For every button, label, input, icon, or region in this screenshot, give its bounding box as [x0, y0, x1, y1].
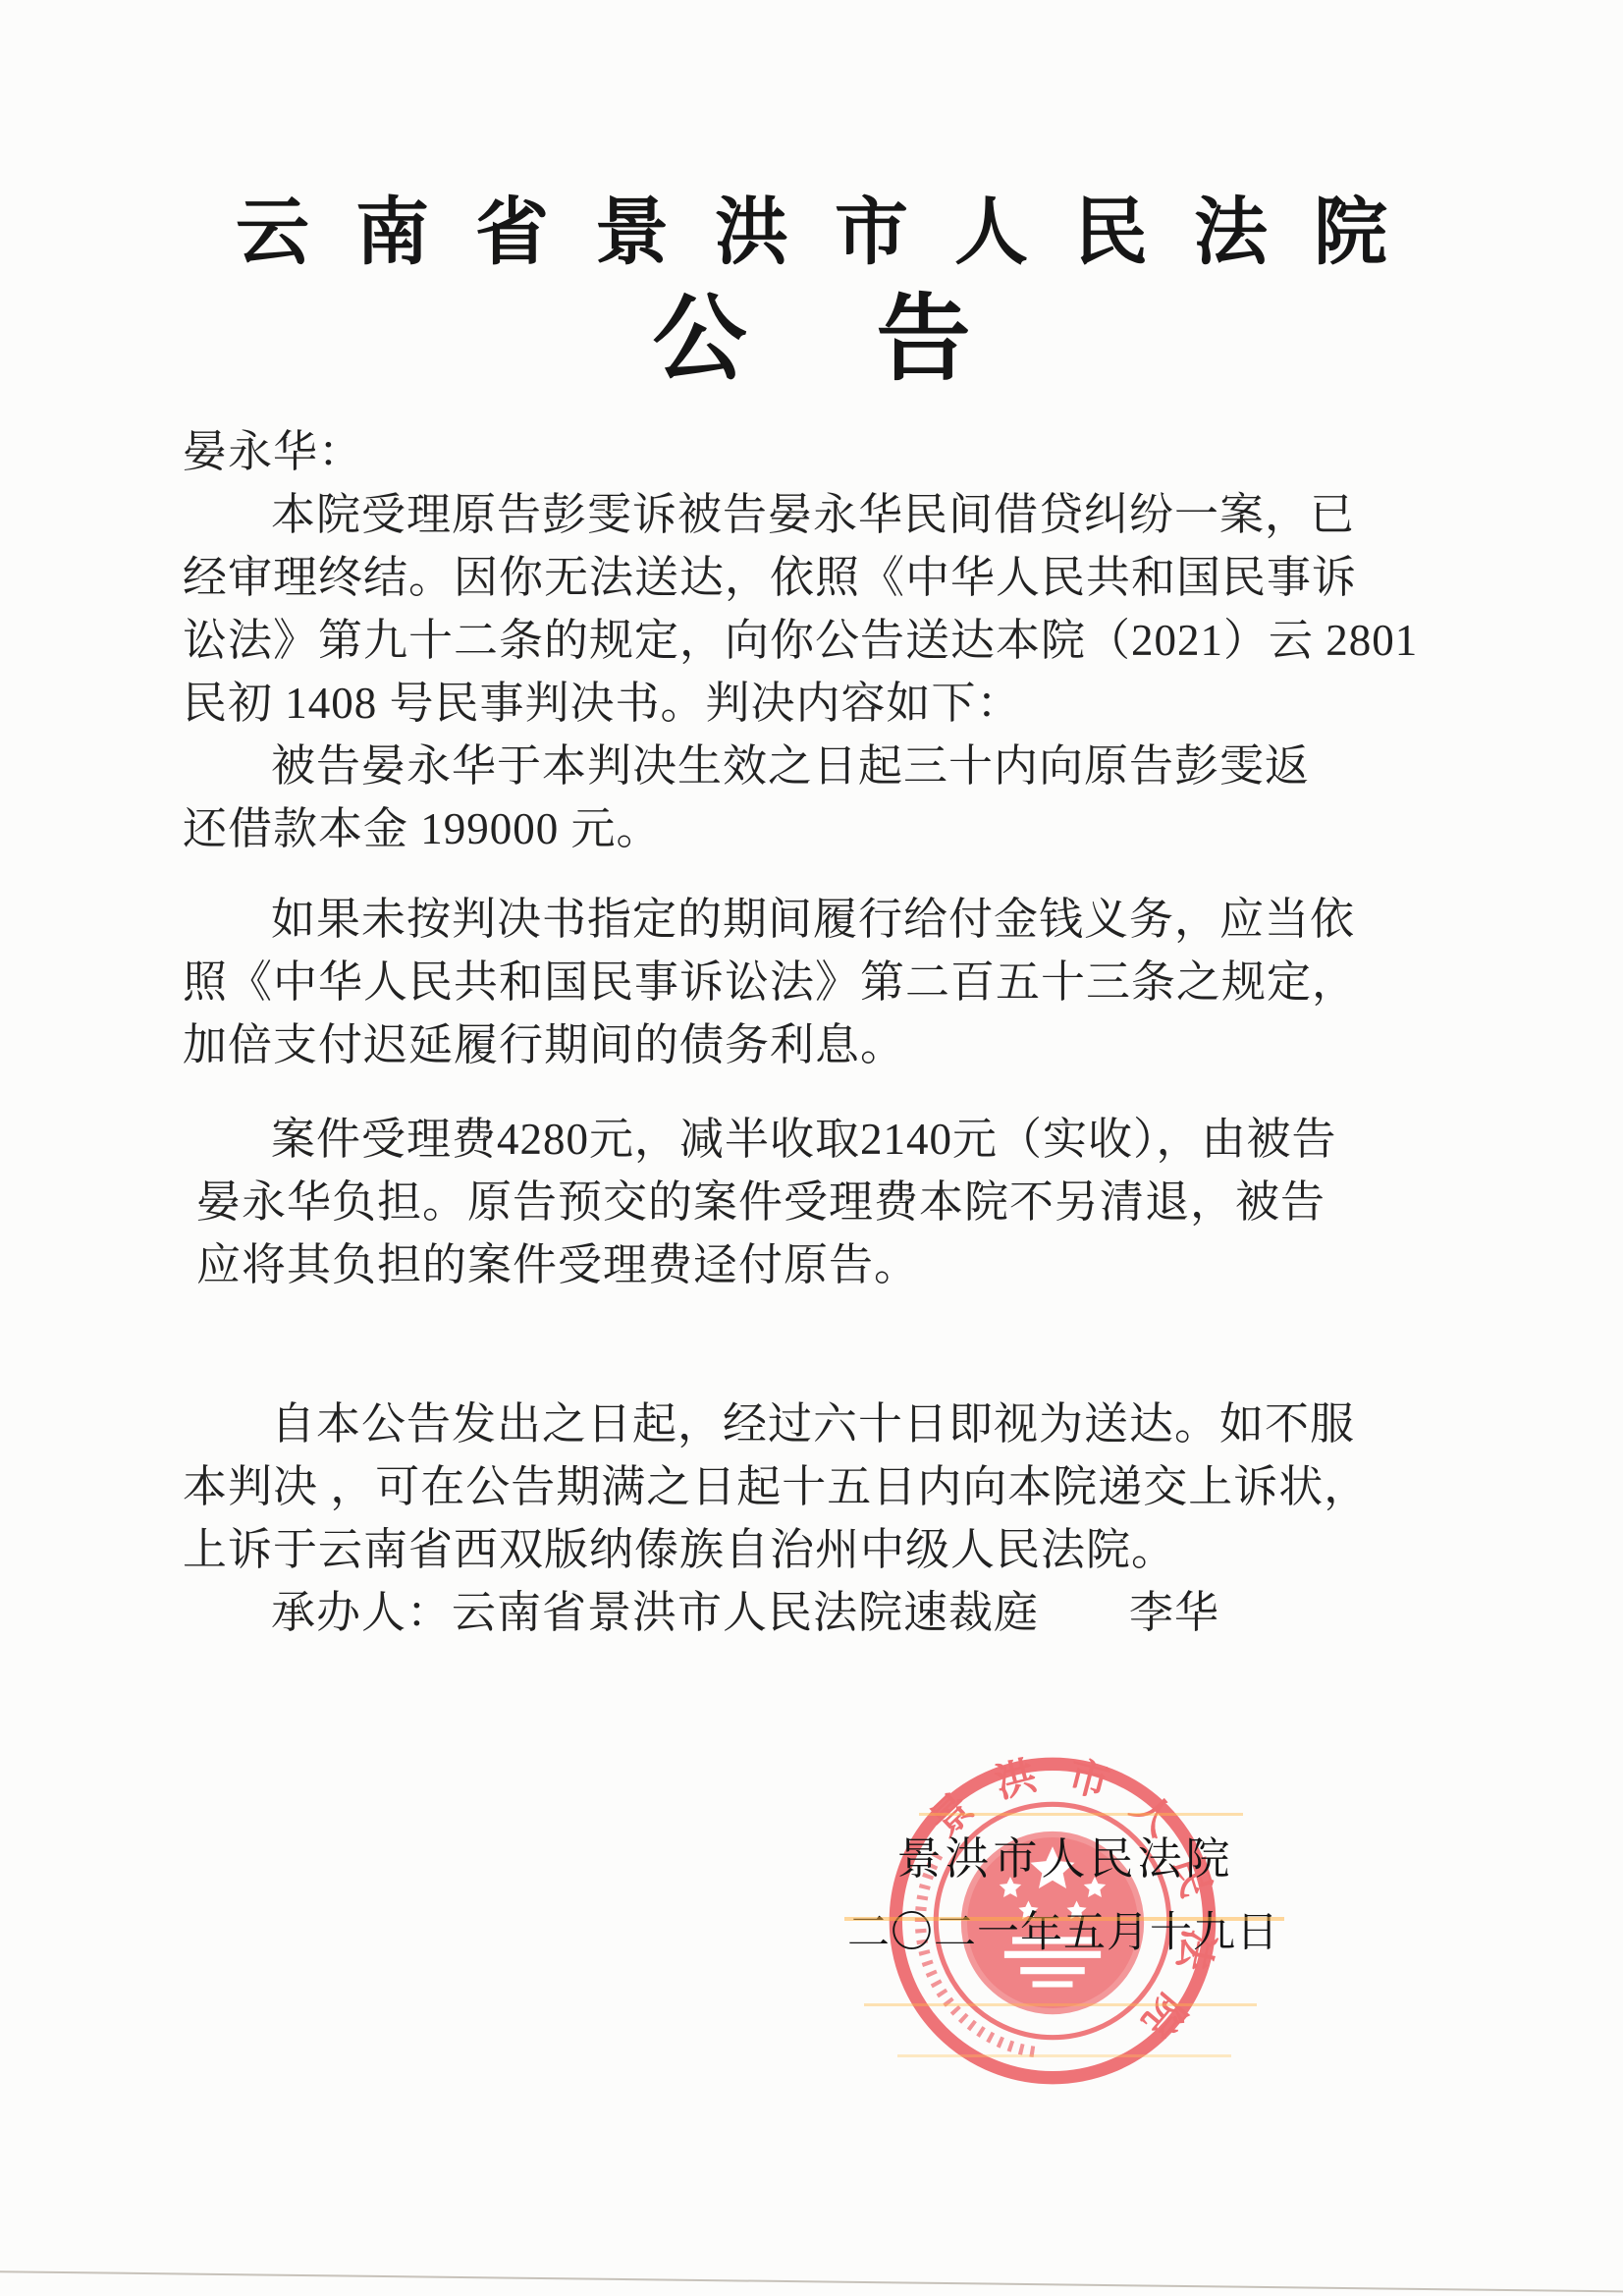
paragraph-court-fees: 案件受理费4280元，减半收取2140元（实收），由被告 晏永华负担。原告预交的…	[183, 1108, 1488, 1296]
body-line: 本判决 ，可在公告期满之日起十五日内向本院递交上诉状，	[183, 1455, 1488, 1518]
body-line: 晏永华负担。原告预交的案件受理费本院不另清退，被告	[183, 1171, 1488, 1233]
body-line: 案件受理费4280元，减半收取2140元（实收），由被告	[183, 1108, 1488, 1171]
body-line: 经审理终结。因你无法送达，依照《中华人民共和国民事诉	[183, 546, 1488, 609]
notice-body: 晏永华： 本院受理原告彭雯诉被告晏永华民间借贷纠纷一案，已 经审理终结。因你无法…	[183, 420, 1488, 1644]
paragraph-service-period: 自本公告发出之日起，经过六十日即视为送达。如不服 本判决 ，可在公告期满之日起十…	[183, 1393, 1488, 1581]
body-line: 上诉于云南省西双版纳傣族自治州中级人民法院。	[183, 1518, 1488, 1581]
body-line: 自本公告发出之日起，经过六十日即视为送达。如不服	[183, 1393, 1488, 1455]
paragraph-interest-clause: 如果未按判决书指定的期间履行给付金钱义务，应当依 照《中华人民共和国民事诉讼法》…	[183, 888, 1488, 1076]
body-line: 民初 1408 号民事判决书。判决内容如下：	[183, 672, 1488, 735]
body-line: 本院受理原告彭雯诉被告晏永华民间借贷纠纷一案，已	[183, 483, 1488, 546]
court-notice-document: 云南省景洪市人民法院 公告 晏永华： 本院受理原告彭雯诉被告晏永华民间借贷纠纷一…	[0, 0, 1623, 2296]
stamp-court-name: 景洪市人民法院	[889, 1834, 1242, 1884]
body-line: 如果未按判决书指定的期间履行给付金钱义务，应当依	[183, 888, 1488, 951]
paragraph-judgment: 被告晏永华于本判决生效之日起三十内向原告彭雯返 还借款本金 199000 元。	[183, 735, 1488, 860]
court-name-title: 云南省景洪市人民法院	[0, 185, 1623, 279]
paragraph-case-intro: 本院受理原告彭雯诉被告晏永华民间借贷纠纷一案，已 经审理终结。因你无法送达，依照…	[183, 483, 1488, 735]
body-line: 被告晏永华于本判决生效之日起三十内向原告彭雯返	[183, 735, 1488, 797]
scan-edge-line	[0, 2270, 1623, 2293]
undertaker-line: 承办人：云南省景洪市人民法院速裁庭 李华	[183, 1581, 1488, 1644]
body-line: 应将其负担的案件受理费迳付原告。	[183, 1233, 1488, 1296]
recipient-line: 晏永华：	[183, 420, 1488, 483]
body-line: 讼法》第九十二条的规定，向你公告送达本院（2021）云 2801	[183, 609, 1488, 672]
body-line: 加倍支付迟延履行期间的债务利息。	[183, 1013, 1488, 1076]
body-line: 还借款本金 199000 元。	[183, 797, 1488, 860]
notice-title: 公告	[0, 281, 1623, 399]
body-line: 照《中华人民共和国民事诉讼法》第二百五十三条之规定，	[183, 951, 1488, 1013]
stamp-date: 二〇二一年五月十九日	[842, 1909, 1284, 1958]
